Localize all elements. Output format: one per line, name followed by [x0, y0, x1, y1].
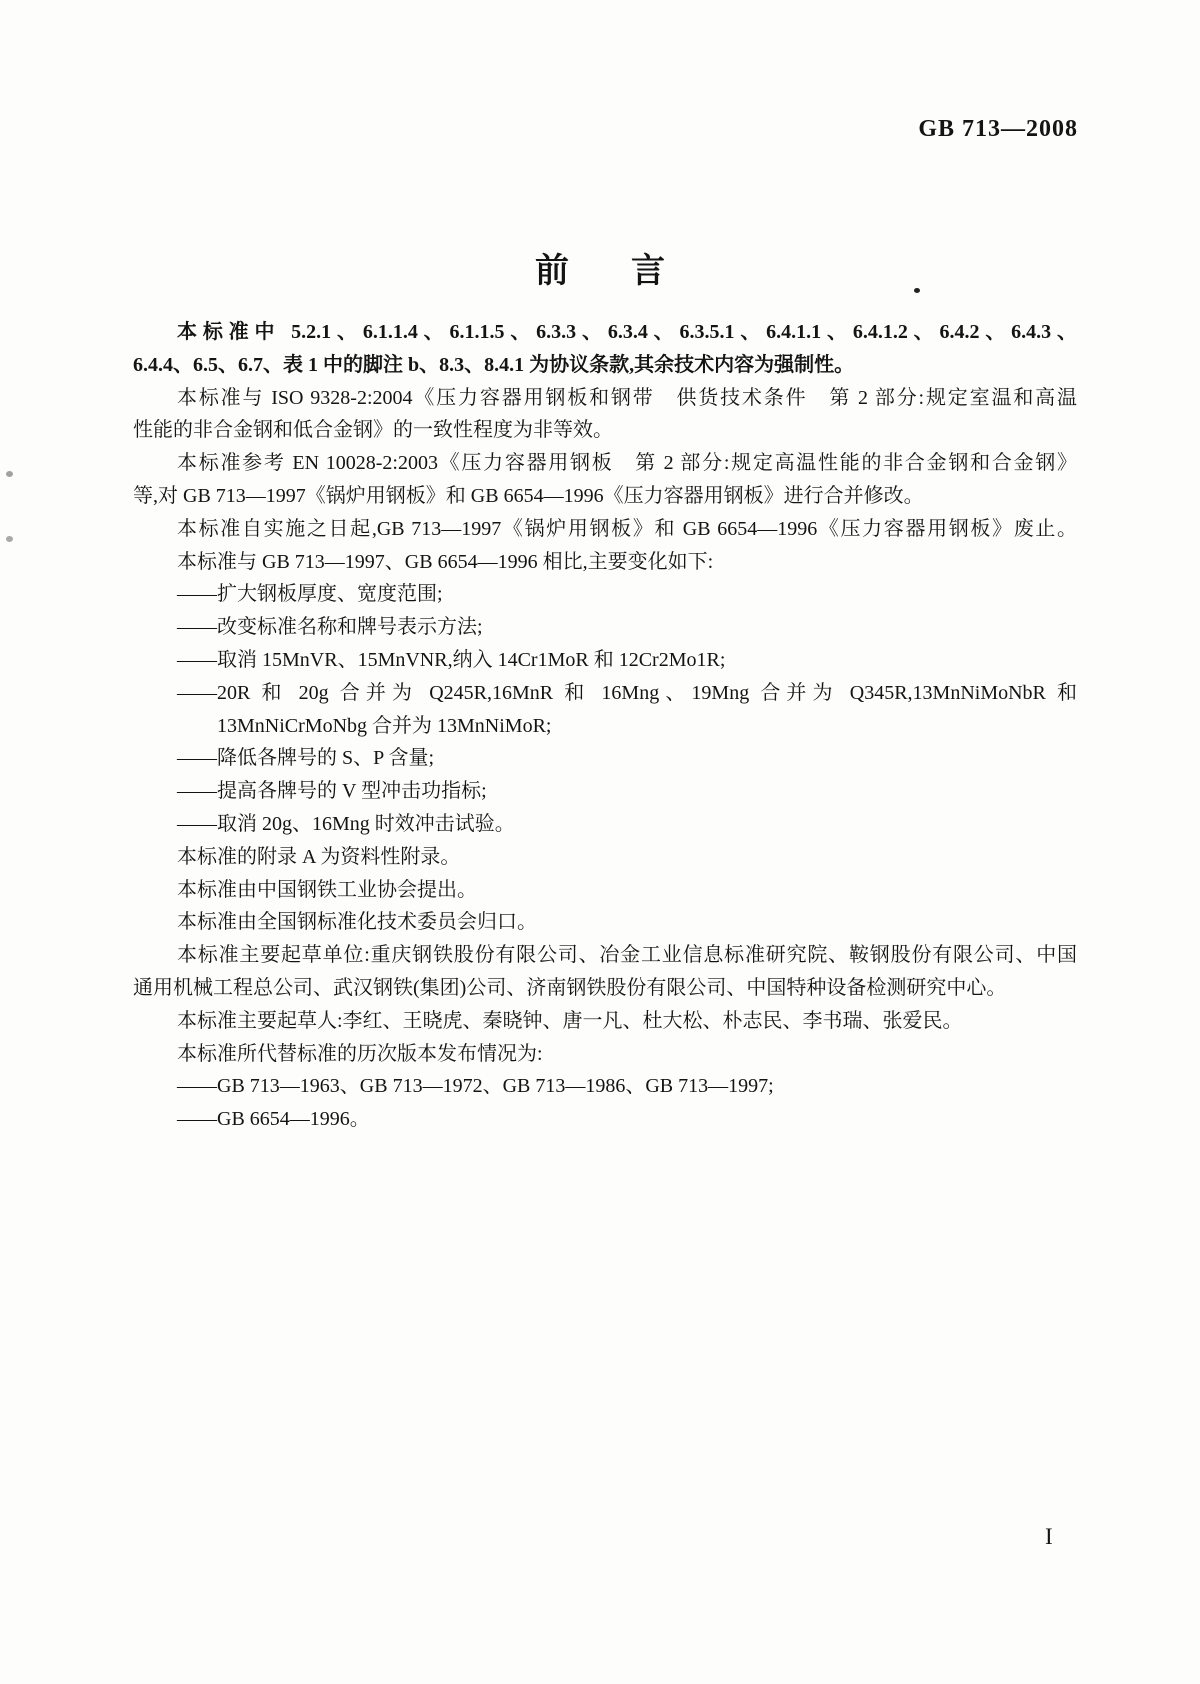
foreword-list-item: ——GB 713—1963、GB 713—1972、GB 713—1986、GB… — [133, 1070, 1077, 1103]
scan-speck — [914, 288, 920, 293]
scan-speck — [6, 536, 13, 542]
foreword-line: 本标准主要起草人:李红、王晓虎、秦晓钟、唐一凡、杜大松、朴志民、李书瑞、张爱民。 — [133, 1005, 1077, 1038]
foreword-list-item: ——取消 20g、16Mng 时效冲击试验。 — [133, 808, 1077, 841]
foreword-line: 本标准与 ISO 9328-2:2004《压力容器用钢板和钢带 供货技术条件 第… — [133, 382, 1077, 415]
foreword-list-item: ——20R 和 20g 合并为 Q245R,16MnR 和 16Mng、19Mn… — [133, 677, 1077, 710]
foreword-line: 通用机械工程总公司、武汉钢铁(集团)公司、济南钢铁股份有限公司、中国特种设备检测… — [133, 972, 1077, 1005]
foreword-line: 本标准由全国钢标准化技术委员会归口。 — [133, 906, 1077, 939]
foreword-line: 本标准由中国钢铁工业协会提出。 — [133, 874, 1077, 907]
page-title: 前 言 — [0, 243, 1200, 292]
standard-code: GB 713—2008 — [918, 116, 1078, 143]
foreword-line: 本标准主要起草单位:重庆钢铁股份有限公司、冶金工业信息标准研究院、鞍钢股份有限公… — [133, 939, 1077, 972]
foreword-line: 6.4.4、6.5、6.7、表 1 中的脚注 b、8.3、8.4.1 为协议条款… — [133, 349, 1077, 382]
scan-speck — [6, 471, 13, 477]
foreword-line: 等,对 GB 713—1997《锅炉用钢板》和 GB 6654—1996《压力容… — [133, 480, 1077, 513]
foreword-list-item: ——扩大钢板厚度、宽度范围; — [133, 578, 1077, 611]
foreword-list-item-continuation: 13MnNiCrMoNbg 合并为 13MnNiMoR; — [133, 710, 1077, 743]
foreword-line: 本标准与 GB 713—1997、GB 6654—1996 相比,主要变化如下: — [133, 546, 1077, 579]
foreword-line: 本标准自实施之日起,GB 713—1997《锅炉用钢板》和 GB 6654—19… — [133, 513, 1077, 546]
foreword-line: 本标准参考 EN 10028-2:2003《压力容器用钢板 第 2 部分:规定高… — [133, 447, 1077, 480]
foreword-list-item: ——降低各牌号的 S、P 含量; — [133, 742, 1077, 775]
foreword-list-item: ——取消 15MnVR、15MnVNR,纳入 14Cr1MoR 和 12Cr2M… — [133, 644, 1077, 677]
foreword-line: 本标准的附录 A 为资料性附录。 — [133, 841, 1077, 874]
foreword-list-item: ——提高各牌号的 V 型冲击功指标; — [133, 775, 1077, 808]
foreword-line: 本标准中 5.2.1、6.1.1.4、6.1.1.5、6.3.3、6.3.4、6… — [133, 316, 1077, 349]
foreword-list-item: ——改变标准名称和牌号表示方法; — [133, 611, 1077, 644]
foreword-list-item: ——GB 6654—1996。 — [133, 1103, 1077, 1136]
page-number: I — [1045, 1524, 1053, 1550]
foreword-body: 本标准中 5.2.1、6.1.1.4、6.1.1.5、6.3.3、6.3.4、6… — [133, 316, 1077, 1136]
foreword-line: 性能的非合金钢和低合金钢》的一致性程度为非等效。 — [133, 414, 1077, 447]
foreword-line: 本标准所代替标准的历次版本发布情况为: — [133, 1038, 1077, 1071]
document-page: GB 713—2008 前 言 本标准中 5.2.1、6.1.1.4、6.1.1… — [0, 0, 1200, 1684]
